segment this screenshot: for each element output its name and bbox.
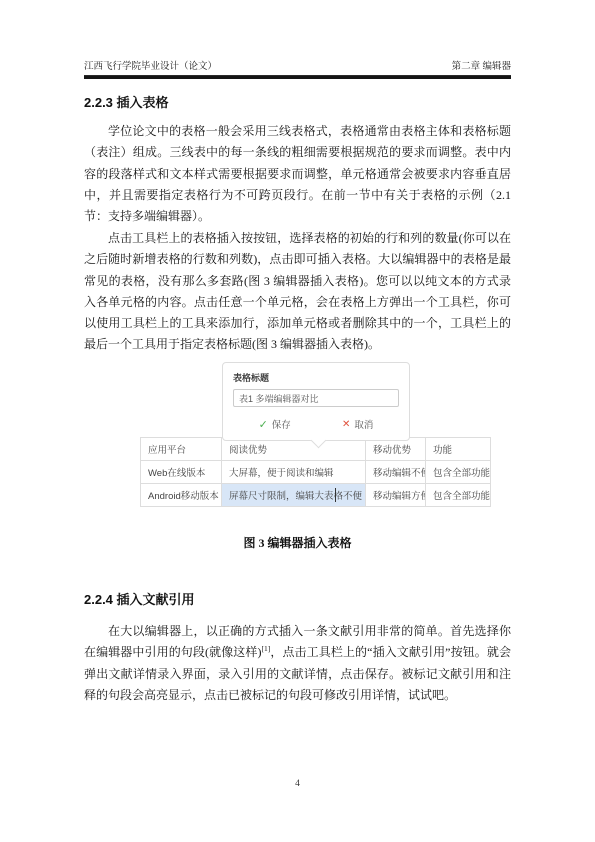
text-cursor <box>335 488 336 502</box>
cell-android-mobile[interactable]: 移动编辑方便 <box>366 484 426 507</box>
cell-web-mobile[interactable]: 移动编辑不便 <box>366 461 426 484</box>
popup-actions-row: ✓ 保存 ✕ 取消 <box>233 417 399 431</box>
header-right-text: 第二章 编辑器 <box>452 58 511 72</box>
header-rule <box>84 76 511 79</box>
cell-web-reading[interactable]: 大屏幕，便于阅读和编辑 <box>222 461 366 484</box>
save-button[interactable]: ✓ 保存 <box>259 417 291 431</box>
paragraph-tables-usage: 点击工具栏上的表格插入按按钮，选择表格的初始的行和列的数量(你可以在之后随时新增… <box>84 228 511 356</box>
section-heading-2-2-3: 2.2.3 插入表格 <box>84 92 511 111</box>
paragraph-tables-intro: 学位论文中的表格一般会采用三线表格式，表格通常由表格主体和表格标题（表注）组成。… <box>84 121 511 227</box>
page-header: 江西飞行学院毕业设计（论文） 第二章 编辑器 <box>84 58 511 76</box>
citation-superscript: [1] <box>262 644 271 653</box>
cancel-button-label: 取消 <box>354 417 373 431</box>
header-cell-platform[interactable]: 应用平台 <box>141 438 222 461</box>
document-page: 江西飞行学院毕业设计（论文） 第二章 编辑器 2.2.3 插入表格 学位论文中的… <box>0 0 595 842</box>
page-footer: 4 <box>0 779 595 789</box>
cell-web-features[interactable]: 包含全部功能 <box>426 461 491 484</box>
table-title-input[interactable] <box>233 389 399 407</box>
comparison-table: 应用平台 阅读优势 移动优势 功能 Web在线版本 大屏幕，便于阅读和编辑 移动… <box>140 437 491 507</box>
cell-android-platform[interactable]: Android移动版本 <box>141 484 222 507</box>
popup-title-label: 表格标题 <box>233 371 399 384</box>
table-row: Android移动版本 屏幕尺寸限制，编辑大表格不便 移动编辑方便 包含全部功能 <box>141 484 491 507</box>
cell-android-features[interactable]: 包含全部功能 <box>426 484 491 507</box>
table-title-popup: 表格标题 ✓ 保存 ✕ 取消 <box>222 362 410 441</box>
section-heading-2-2-4: 2.2.4 插入文献引用 <box>84 589 511 608</box>
save-button-label: 保存 <box>272 417 291 431</box>
header-left-text: 江西飞行学院毕业设计（论文） <box>84 58 217 72</box>
cancel-button[interactable]: ✕ 取消 <box>342 417 373 431</box>
figure-caption: 图 3 编辑器插入表格 <box>84 534 511 551</box>
cell-web-platform[interactable]: Web在线版本 <box>141 461 222 484</box>
paragraph-citations: 在大以编辑器上，以正确的方式插入一条文献引用非常的简单。首先选择你在编辑器中引用… <box>84 621 511 706</box>
close-icon: ✕ <box>342 419 350 430</box>
page-number: 4 <box>295 779 300 789</box>
selected-cell-text: 屏幕尺寸限制，编辑大表格不便 <box>229 491 362 502</box>
table-row: Web在线版本 大屏幕，便于阅读和编辑 移动编辑不便 包含全部功能 <box>141 461 491 484</box>
selected-cell-android-reading[interactable]: 屏幕尺寸限制，编辑大表格不便 <box>222 484 366 507</box>
check-icon: ✓ <box>259 418 268 431</box>
header-cell-features[interactable]: 功能 <box>426 438 491 461</box>
